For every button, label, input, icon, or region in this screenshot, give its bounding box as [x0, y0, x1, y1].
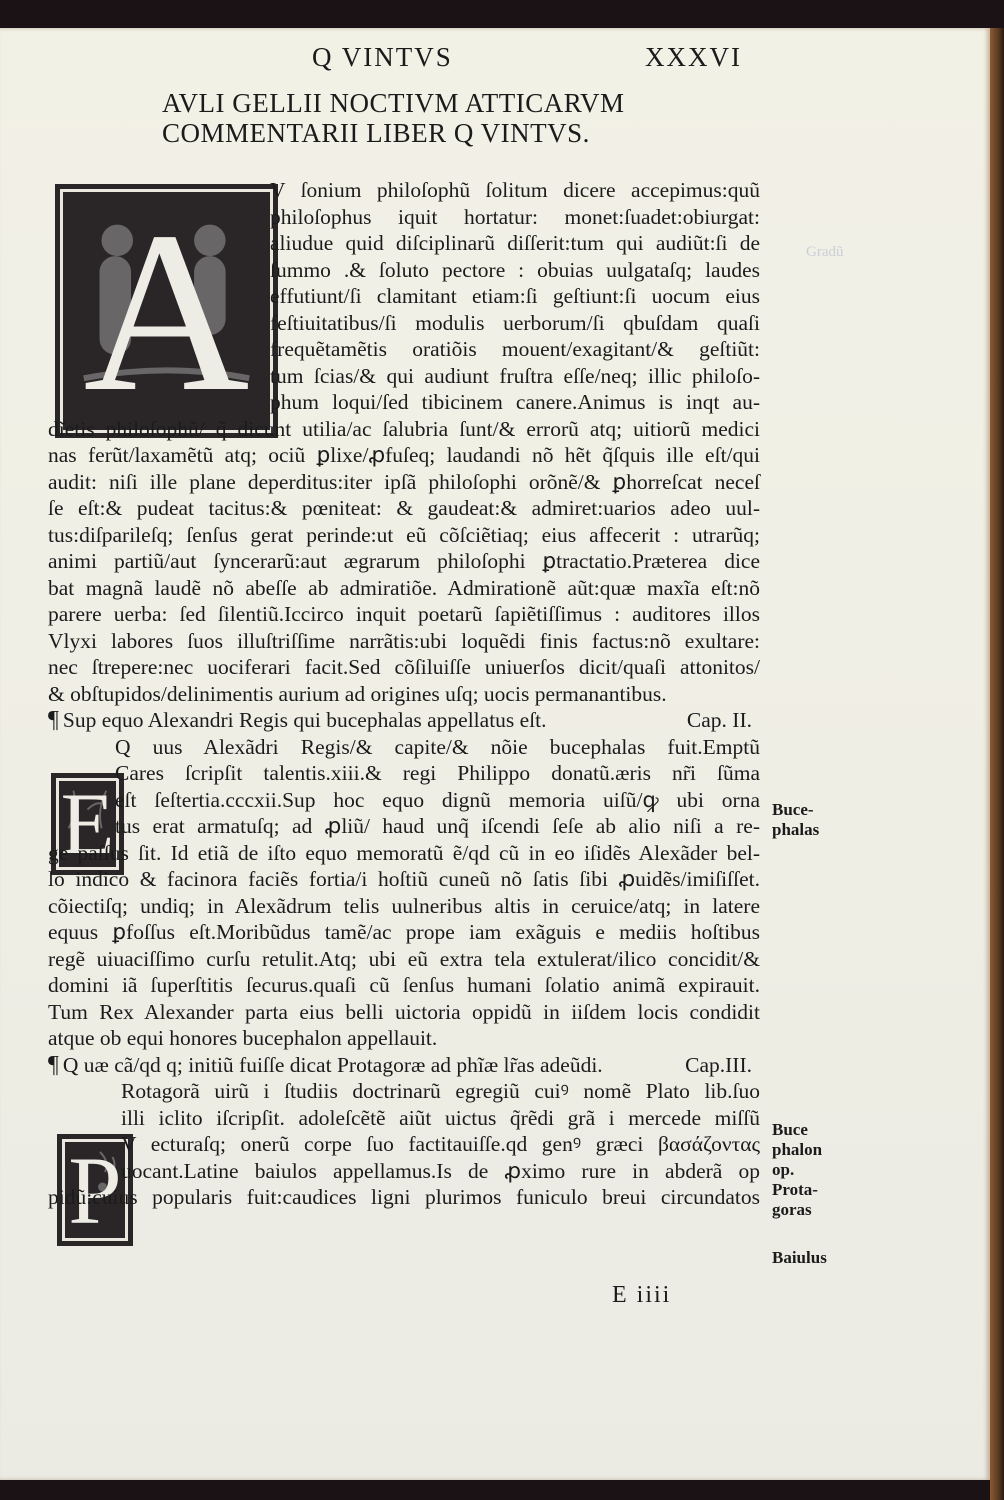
margin-note-line: Buce [772, 1120, 822, 1140]
folio-number: XXXVI [645, 42, 742, 73]
margin-note-bucephalon: Buce phalon op. [772, 1120, 822, 1180]
text-line: frequẽtamẽtis oratiõis mouent/exagitant/… [48, 336, 760, 363]
pilcrow-icon: ¶ [48, 707, 59, 733]
margin-note-line: goras [772, 1200, 818, 1220]
text-line: nec ſtrepere:nec uociferari facit.Sed cõ… [48, 654, 760, 681]
text-line: illi iclito iſcripſit. adoleſcẽtẽ aiũt u… [48, 1105, 760, 1132]
text-line: eſt ſeſtertia.cccxii.Sup hoc equo dignũ … [48, 787, 760, 814]
chapter-number: Cap.III. [685, 1052, 752, 1079]
text-line: atque ob equi honores bucephalon appella… [48, 1025, 760, 1052]
text-line: Cares ſcripſit talentis.xiii.& regi Phil… [48, 760, 760, 787]
text-line: uocant.Latine baiulos appellamus.Is de ꝓ… [48, 1158, 760, 1185]
chapter-3-heading: ¶Q uæ cã/qd q; initiũ fuiſſe dicat Prota… [48, 1052, 760, 1079]
text-line: bat magnã laudẽ nõ abeſſe ab admiratiõe.… [48, 575, 760, 602]
page-edge [990, 28, 1004, 1500]
text-line: cõiectiſq; undiq; in Alexãdrum telis uul… [48, 893, 760, 920]
text-line: ge paſſus ſit. Id etiã de iſto equo memo… [48, 840, 760, 867]
running-head: Q VINTVS XXXVI [312, 42, 742, 73]
margin-note-line: Buce- [772, 800, 819, 820]
text-line: pidũ:cuius popularis fuit:caudices ligni… [48, 1184, 760, 1211]
text-line: V ecturaſq; onerũ corpe ſuo factitauiſſe… [48, 1131, 760, 1158]
text-line: tus erat armatuſq; ad ꝓliũ/ haud unq̃ iſ… [48, 813, 760, 840]
chapter-1-text: V ſonium philoſophũ ſolitum dicere accep… [48, 177, 760, 1211]
chapter-heading-text: Sup equo Alexandri Regis qui bucephalas … [63, 708, 547, 732]
text-line: equus ꝑfoſſus eſt.Moribũdus tamẽ/ac prop… [48, 919, 760, 946]
text-line: regẽ uiuaciſſimo curſu retulit.Atq; ubi … [48, 946, 760, 973]
text-line: Q uus Alexãdri Regis/& capite/& nõie buc… [48, 734, 760, 761]
show-through-text: Gradũ [806, 244, 844, 261]
margin-note-protagoras: Prota- goras [772, 1180, 818, 1220]
running-head-title: Q VINTVS [312, 42, 453, 73]
title-line-2: COMMENTARII LIBER Q VINTVS. [162, 118, 762, 148]
margin-note-line: Prota- [772, 1180, 818, 1200]
pilcrow-icon: ¶ [48, 1052, 59, 1078]
book-title: AVLI GELLII NOCTIVM ATTICARVM COMMENTARI… [162, 88, 762, 148]
text-line: philoſophus iquit hortatur: monet:ſuadet… [48, 204, 760, 231]
title-line-1: AVLI GELLII NOCTIVM ATTICARVM [162, 88, 762, 118]
text-line: effutiunt/ſi clamitant etiam:ſi geſtiunt… [48, 283, 760, 310]
text-line: parere uerba: ſed ſilentiũ.Iccirco inqui… [48, 601, 760, 628]
text-line: Tum Rex Alexander parta eius belli uicto… [48, 999, 760, 1026]
text-line: Rotagorã uirũ i ſtudiis doctrinarũ egreg… [48, 1078, 760, 1105]
margin-note-bucephalas: Buce- phalas [772, 800, 819, 840]
text-line: ſe eſt:& pudeat tacitus:& pœniteat: & ga… [48, 495, 760, 522]
margin-note-line: Baiulus [772, 1248, 827, 1268]
margin-note-line: op. [772, 1160, 822, 1180]
margin-note-baiulus: Baiulus [772, 1248, 827, 1268]
margin-note-line: phalon [772, 1140, 822, 1160]
text-line: lo indico & facinora faciẽs fortia/i hoſ… [48, 866, 760, 893]
text-line: tus:diſparileſq; ſenſus gerat perinde:ut… [48, 522, 760, 549]
text-line: audit: niſi ille plane deperditus:iter i… [48, 469, 760, 496]
chapter-2-heading: ¶Sup equo Alexandri Regis qui bucephalas… [48, 707, 760, 734]
text-line: domini iã ſuperſtitis ſecurus.quaſi cũ ſ… [48, 972, 760, 999]
chapter-heading-text: Q uæ cã/qd q; initiũ fuiſſe dicat Protag… [63, 1053, 603, 1077]
text-line: Vlyxi labores ſuos illuſtriſſime narrãti… [48, 628, 760, 655]
text-line: feſtiuitatibus/ſi modulis uerborum/ſi qb… [48, 310, 760, 337]
text-line: animi partiũ/aut ſyncerarũ:aut ægrarum p… [48, 548, 760, 575]
margin-note-line: phalas [772, 820, 819, 840]
text-line: nas ferũt/laxamẽtũ atq; ociũ ꝑlixe/ꝓfuſe… [48, 442, 760, 469]
text-line: ſummo .& ſoluto pectore : obuias uulgata… [48, 257, 760, 284]
text-line: & obſtupidos/delinimentis aurium ad orig… [48, 681, 760, 708]
text-line: dĩetis philoſophũ/ q̃ dicunt utilia/ac ſ… [48, 416, 760, 443]
text-line: tum ſcias/& qui audiunt fruſtra eſſe/neq… [48, 363, 760, 390]
text-line: V ſonium philoſophũ ſolitum dicere accep… [48, 177, 760, 204]
signature-mark: E iiii [612, 1282, 671, 1309]
text-line: phum loqui/ſed tibicinem canere.Animus i… [48, 389, 760, 416]
text-line: aliudue quid diſciplinarũ diſſerit:tum q… [48, 230, 760, 257]
chapter-number: Cap. II. [687, 707, 752, 734]
